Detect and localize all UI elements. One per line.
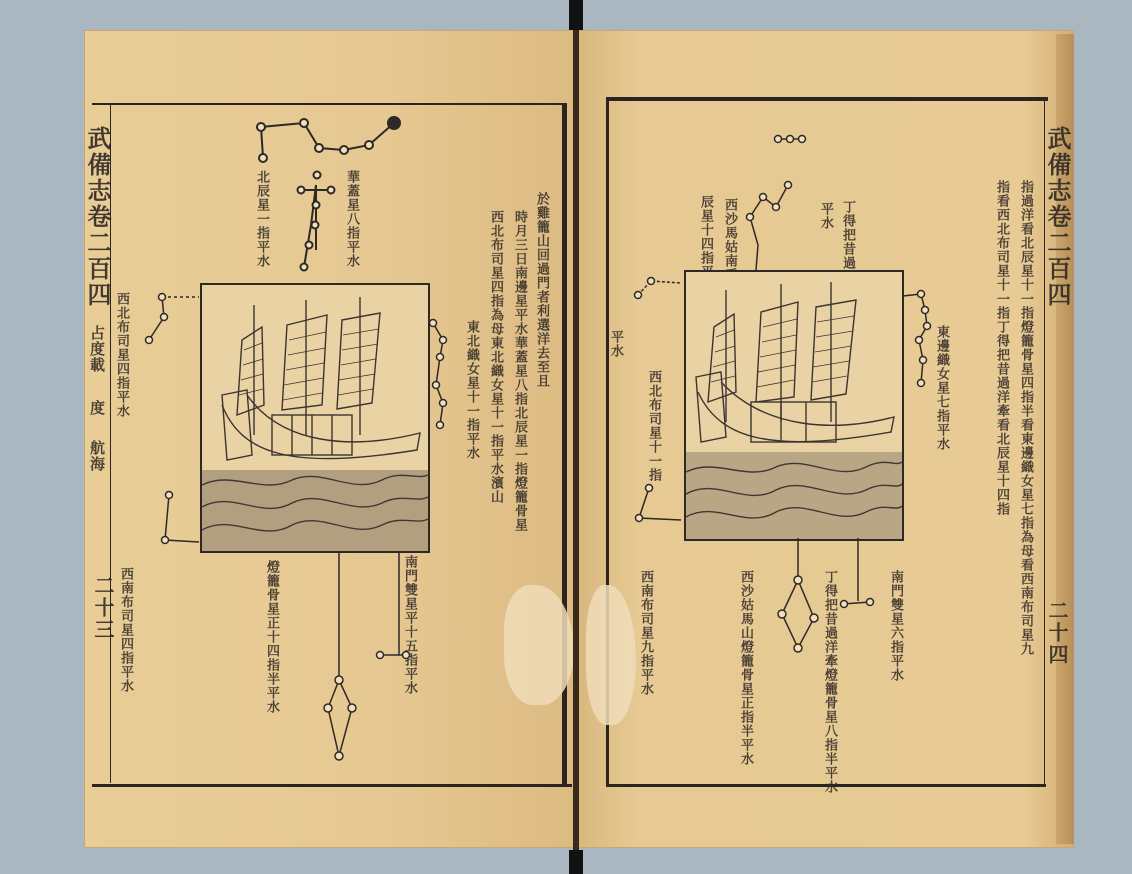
margin-title: 武備志卷二百四	[1044, 126, 1070, 308]
col-margin-1: 指過洋看北辰星十一指燈籠骨星四指半看東邊織女星七指為母看西南布司星九	[1018, 180, 1032, 656]
col-bottom-2: 西沙姑馬山燈籠骨星正指半平水	[738, 570, 752, 766]
top-border	[92, 103, 562, 105]
col-bottom-4: 南門雙星六指平水	[888, 570, 902, 682]
book-spine	[573, 0, 579, 874]
constellation-top-icon	[738, 135, 1018, 275]
margin-title: 武備志卷二百四	[84, 126, 110, 308]
constellation-left-icon	[633, 275, 683, 335]
col-left-mid: 西北布司星十一指	[646, 370, 660, 482]
constellation-bottom-icon	[768, 536, 888, 656]
constellation-lower-left-icon	[633, 480, 683, 530]
paper-damage	[586, 585, 636, 725]
bookmark-bottom	[569, 850, 583, 874]
col-left-top: 平水	[608, 330, 622, 358]
col-left-upper: 西北布司星四指平水	[114, 292, 128, 418]
margin-sub-2: 度	[88, 400, 105, 416]
bottom-border	[92, 784, 572, 787]
col-right-1: 東北織女星十一指平水	[464, 320, 478, 460]
left-page: 武備志卷二百四 占度載 度 航海 二十三 北辰星一指平水 華蓋星八指平水	[84, 30, 576, 848]
junk-ship-icon	[202, 285, 428, 551]
top-border	[608, 97, 1048, 101]
col-right-mid: 東邊織女星七指平水	[934, 325, 948, 451]
star-label-north: 北辰星一指平水	[254, 170, 268, 268]
col-left-lower: 西南布司星四指平水	[118, 567, 132, 693]
margin-sub-3: 航海	[88, 440, 105, 472]
margin-sub: 占度載	[88, 325, 105, 373]
col-right-3: 時月三日南邊星平水華蓋星八指北辰星一指燈籠骨星	[512, 210, 526, 532]
ship-illustration	[200, 283, 430, 553]
star-label-huagai: 華蓋星八指平水	[344, 170, 358, 268]
constellation-left-icon	[144, 292, 204, 352]
col-bottom-1: 燈籠骨星正十四指半平水	[264, 560, 278, 714]
right-page: 武備志卷二百四 二十四 指過洋看北辰星十一指燈籠骨星四指半看東邊織女星七指為母看…	[578, 30, 1074, 848]
page-number: 二十四	[1044, 600, 1070, 666]
col-right-4: 於雞籠山回過門者利選洋去至且	[534, 192, 548, 388]
book-spread: 武備志卷二百四 占度載 度 航海 二十三 北辰星一指平水 華蓋星八指平水	[84, 30, 1090, 850]
bookmark-top	[569, 0, 583, 30]
col-bottom-1: 西南布司星九指平水	[638, 570, 652, 696]
constellation-bottom-icon	[304, 550, 424, 780]
junk-ship-icon	[686, 272, 902, 539]
constellation-lower-left-icon	[159, 490, 199, 550]
constellation-right-icon	[428, 315, 458, 455]
col-top-2: 平水	[818, 202, 832, 230]
ship-illustration	[684, 270, 904, 541]
col-right-2: 西北布司星四指為母東北織女星十一指平水濱山	[488, 210, 502, 504]
page-number: 二十三	[90, 575, 116, 641]
